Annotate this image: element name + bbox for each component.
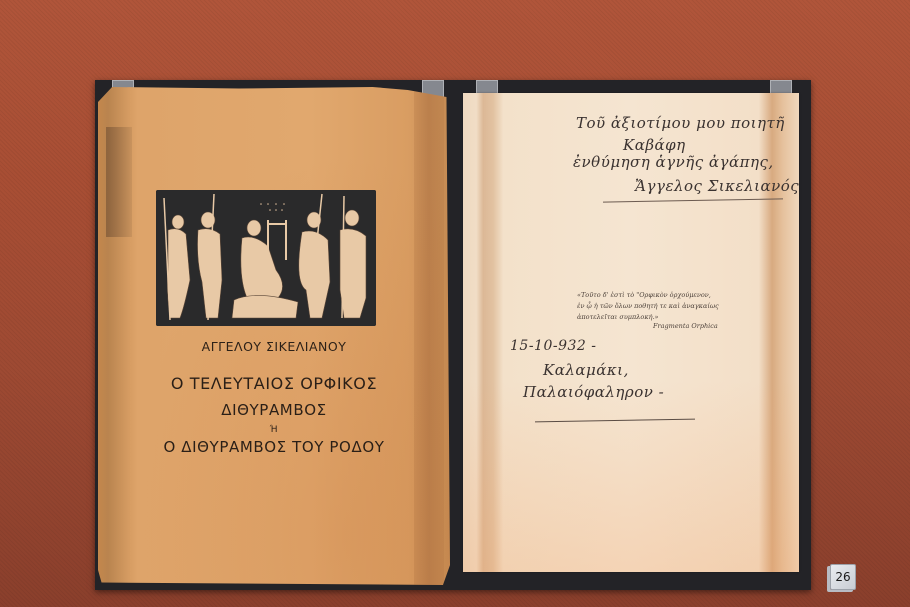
handwritten-place-2: Παλαιόφαληρον - [523, 383, 664, 401]
handwritten-place-1: Καλαμάκι, [543, 361, 629, 379]
dedication-line-1: Τοῦ ἀξιοτίμου μου ποιητῆ [576, 114, 785, 132]
left-booklet-cover: ΑΓΓΕΛΟΥ ΣΙΚΕΛΙΑΝΟΥ Ο ΤΕΛΕΥΤΑΙΟΣ ΟΡΦΙΚΟΣ … [98, 87, 450, 585]
signature: Ἄγγελος Σικελιανός [635, 177, 799, 195]
exhibit-number-label: 26 [830, 564, 856, 590]
dedication-line-3: ἐνθύμηση ἁγνῆς ἀγάπης, [573, 153, 774, 171]
handwritten-date: 15-10-932 - [510, 338, 597, 354]
author-name: ΑΓΓΕΛΟΥ ΣΙΚΕΛΙΑΝΟΥ [98, 339, 450, 354]
dedication-line-2: Καβάφη [623, 136, 686, 154]
epigraph-line-2: ἐν ᾧ ἡ τῶν ὄλων ποθητή τε καὶ ἀναγκαίως [577, 301, 747, 312]
epigraph-source: Fragmenta Orphica [653, 322, 718, 330]
epigraph-line-1: «Τοῦτο δ' ἐστὶ τὸ "Ορφικὸν ὀρχούμενον, [577, 290, 747, 301]
book-title-line-3: Ή [98, 425, 450, 435]
page-fold [414, 87, 444, 585]
book-title-line-4: Ο ΔΙΘΥΡΑΜΒΟΣ ΤΟΥ ΡΟΔΟΥ [98, 438, 450, 456]
book-title-line-1: Ο ΤΕΛΕΥΤΑΙΟΣ ΟΡΦΙΚΟΣ [98, 374, 450, 393]
book-title-line-2: ΔΙΘΥΡΑΜΒΟΣ [98, 401, 450, 419]
place-underline [535, 419, 695, 423]
signature-underline [603, 198, 783, 202]
spine-shadow [106, 127, 132, 237]
vase-scene-icon [156, 190, 376, 326]
epigraph: «Τοῦτο δ' ἐστὶ τὸ "Ορφικὸν ὀρχούμενον, ἐ… [577, 290, 747, 323]
cover-illustration [156, 190, 376, 326]
dedication-page: Τοῦ ἀξιοτίμου μου ποιητῆ Καβάφη ἐνθύμηση… [463, 93, 799, 572]
